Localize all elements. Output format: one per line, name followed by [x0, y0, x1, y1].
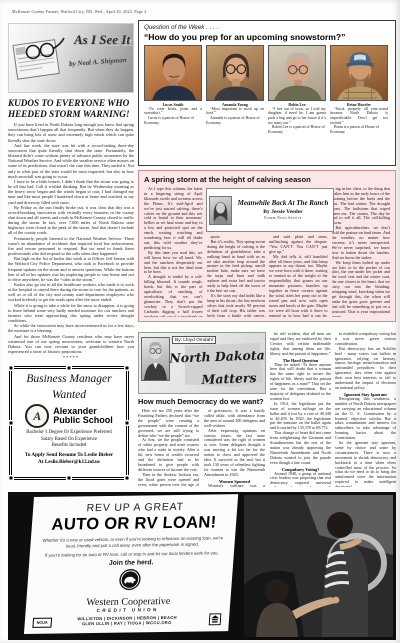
loan-paragraph-2: If you’re looking for an auto or RV loan…	[37, 550, 226, 558]
frame-ornament	[8, 420, 14, 426]
person-bio: Robin Lee is a patron of House of Econom…	[268, 125, 326, 134]
paragraph: And for those McKenzie County residents …	[8, 334, 134, 355]
paragraph: After expressing opinions on various iss…	[204, 429, 265, 478]
frame-ornament	[124, 475, 130, 481]
headshot-photo	[268, 45, 326, 101]
paragraph: As I type this column, the latest in a l…	[144, 187, 203, 251]
nd-matters-masthead: By: Lloyd Omdahl North Dakota Matters	[138, 332, 266, 394]
paragraph: Then in the Andrew Jackson era, the floo…	[138, 473, 199, 487]
paragraph: But agriculturalists, we don’t hold the …	[332, 226, 391, 260]
jessie-veeder-photo	[209, 196, 232, 225]
paragraph: A drought is ended by a calf-killing bli…	[144, 275, 203, 317]
masthead-byline: by Neal A. Shipman	[69, 56, 127, 68]
paragraph: ing in her chest, or the thing that wake…	[332, 187, 391, 226]
job-ad-title-line1: Business Manager	[12, 373, 126, 385]
paragraph: At first, we the people consisted of whi…	[138, 438, 199, 472]
paragraph: In 1914, the legislature put the issue o…	[270, 402, 331, 431]
frame-ornament	[8, 365, 14, 371]
paragraph: Fortunately, people listened to the Nati…	[8, 236, 134, 257]
masthead-title: As I See It	[74, 32, 130, 48]
paragraph: My dad tells it, still humbled after all…	[269, 255, 328, 317]
person-bio: Brian is a patron of House of Economy.	[330, 125, 388, 134]
paragraph: By Friday as the sun finally broke out, …	[8, 205, 134, 236]
as-i-see-it-body: If you have lived in North Dakota long e…	[8, 122, 134, 362]
ncua-badge: NCUA	[32, 618, 52, 628]
as-i-see-it-headline: KUDOS TO EVERYONE WHO HEEDED STORM WARNI…	[8, 98, 134, 119]
ndm-col-3: be self evident, that all men are equal …	[270, 332, 331, 487]
ranch-column-title: Meanwhile Back At The Ranch	[235, 200, 331, 207]
qow-person-3: Robin Lee “I live out of town, so I told…	[268, 45, 326, 147]
ranch-col-4: ing in her chest, or the thing that wake…	[332, 187, 391, 317]
equal-housing-icon	[209, 613, 222, 625]
paragraph: And last week, the state was hit with a …	[8, 143, 134, 179]
qow-person-4: Brian Hoovler “Stock properly all year-r…	[330, 45, 388, 147]
paragraph: to establish compulsory voting but it wa…	[335, 332, 396, 347]
newspaper-glasses-icon	[11, 28, 69, 88]
headshot-photo	[330, 45, 388, 101]
loan-tagline: Join the herd.	[37, 559, 226, 569]
headshot-photo	[144, 45, 202, 101]
nd-matters-column: By: Lloyd Omdahl North Dakota Matters Ho…	[138, 330, 396, 487]
paragraph: and said plain and stern, unflinching ag…	[269, 235, 328, 255]
ranch-column-box: A spring storm at the height of calving …	[138, 170, 396, 322]
ranch-col-1: As I type this column, the latest in a l…	[144, 187, 203, 317]
person-quote: “Most important is stock up on food.”	[206, 107, 264, 116]
job-apply-line2: At Leslie.Bieber@k12.nd.us	[12, 459, 126, 466]
headshot-photo	[206, 45, 264, 101]
section-separator: *****	[8, 355, 134, 360]
question-of-the-week-box: Question of the Week . . . . “How do you…	[138, 20, 396, 166]
paragraph: be self evident, that all men are equal …	[270, 332, 331, 357]
paragraph: We keep them bolted up under our hats or…	[332, 261, 391, 317]
school-name-line2: Public School	[53, 416, 113, 425]
paragraph: But democracy has an Achilles heel - man…	[335, 347, 396, 391]
ndm-byline: By: Lloyd Omdahl	[172, 336, 216, 344]
frame-ornament	[124, 365, 130, 371]
paragraph: Here we are 250 years after the Founding…	[138, 409, 199, 438]
credit-union-ad: REV UP A GREAT AUTO OR RV LOAN! Whether …	[8, 492, 396, 640]
ranch-box-headline: A spring storm at the height of calving …	[144, 175, 390, 184]
frame-ornament	[66, 475, 72, 481]
job-apply-line1: To Apply Send Resume To Leslie Bieber	[12, 452, 126, 459]
paragraph: Until next week, and remember - Teaching…	[8, 361, 134, 362]
paragraph: If you have lived in North Dakota long e…	[8, 122, 134, 143]
ndm-col-2: of grievances. It was a hastily called a…	[204, 409, 265, 487]
frame-ornament	[8, 475, 14, 481]
paragraph: Around 1940, a group of national civic l…	[270, 472, 331, 487]
loan-ad-panel: REV UP A GREAT AUTO OR RV LOAN! Whether …	[24, 494, 238, 634]
person-quote: “Stock properly all year-round because N…	[330, 107, 388, 126]
frame-ornament	[124, 420, 130, 426]
paragraph: But it’s reality. This spring storm duri…	[207, 240, 266, 294]
job-salary: Salary Based On Experience	[12, 437, 126, 444]
paragraph: Kudos also go out to all the healthcare …	[8, 282, 134, 303]
paragraph: This change of heart did not come from e…	[270, 431, 331, 465]
frame-ornament	[66, 365, 72, 371]
ndm-col-1: Here we are 250 years after the Founding…	[138, 409, 199, 487]
bison-logo-icon	[118, 569, 142, 591]
paragraph: But high on the list of kudos this week …	[8, 256, 134, 282]
ndm-headline: How much Democracy do we want?	[138, 397, 266, 406]
ndm-col-4: to establish compulsory voting but it wa…	[335, 332, 396, 487]
lloyd-omdahl-photo	[141, 337, 170, 381]
page-header: McKenzie County Farmer, Watford City, ND…	[12, 9, 146, 14]
paragraph: of grievances. It was a hastily called a…	[204, 409, 265, 429]
person-quote: “I live out of town, so I told my daught…	[268, 107, 326, 126]
business-manager-ad: Business Manager Wanted A Alexander Publ…	[9, 366, 129, 480]
qow-person-2: Amanda Young “Most important is stock up…	[206, 45, 264, 147]
as-i-see-it-masthead: As I See It by Neal A. Shipman	[8, 23, 134, 93]
as-i-see-it-column: As I See It by Neal A. Shipman KUDOS TO …	[8, 23, 134, 362]
newspaper-page: McKenzie County Farmer, Watford City, ND…	[0, 0, 400, 643]
paragraph: While it is going to take a while for th…	[8, 303, 134, 324]
job-benefits: Benefits Included	[12, 443, 126, 450]
ranch-column-source: Forum News Service	[235, 216, 331, 220]
job-ad-title-line2: Wanted	[12, 389, 126, 401]
paragraph: It’s the story my dad holds like a lump …	[207, 294, 266, 317]
ranch-column-byline: By Jessie Veeder	[235, 209, 331, 215]
qow-question: “How do you prep for an upcoming snowsto…	[144, 32, 390, 42]
qow-kicker: Question of the Week . . . .	[144, 24, 390, 31]
ranch-column-masthead: Meanwhile Back At The Ranch By Jessie Ve…	[206, 188, 334, 232]
paragraph: By this time you read this, we will know…	[144, 251, 203, 276]
paragraph: So while the snowstorm may have inconven…	[8, 323, 134, 333]
person-bio: Amanda is a patron of House of Economy.	[206, 116, 264, 125]
qow-person-1: Lucas Smith “To wear boots, jeans and a …	[144, 45, 202, 147]
paragraph: So the ignorant stay ignorant, some by c…	[335, 441, 396, 487]
school-seal-icon: A	[25, 404, 49, 428]
paragraph: Women’s suffrage was a prominent issue i…	[204, 484, 265, 487]
loan-headline-line2: AUTO OR RV LOAN!	[39, 513, 229, 535]
job-requirement: Bachelor’s Degree Or Experience Preferre…	[12, 430, 126, 437]
loan-paragraph-1: Whether it’s a new or used vehicle, or e…	[38, 535, 227, 549]
car-couple-photo	[244, 495, 393, 637]
paragraph: Recognizing this weakness, a number of N…	[335, 397, 396, 441]
paragraph: Then he asked: “Is there anyone here tha…	[270, 363, 331, 402]
paragraph: I have to be a little honest, I didn’t t…	[8, 179, 134, 205]
person-bio: Lucas is a patron of House of Economy.	[144, 116, 202, 125]
person-quote: “To wear boots, jeans and a sweatshirt.”	[144, 107, 202, 116]
ndm-title-line2: Matters	[193, 370, 265, 388]
